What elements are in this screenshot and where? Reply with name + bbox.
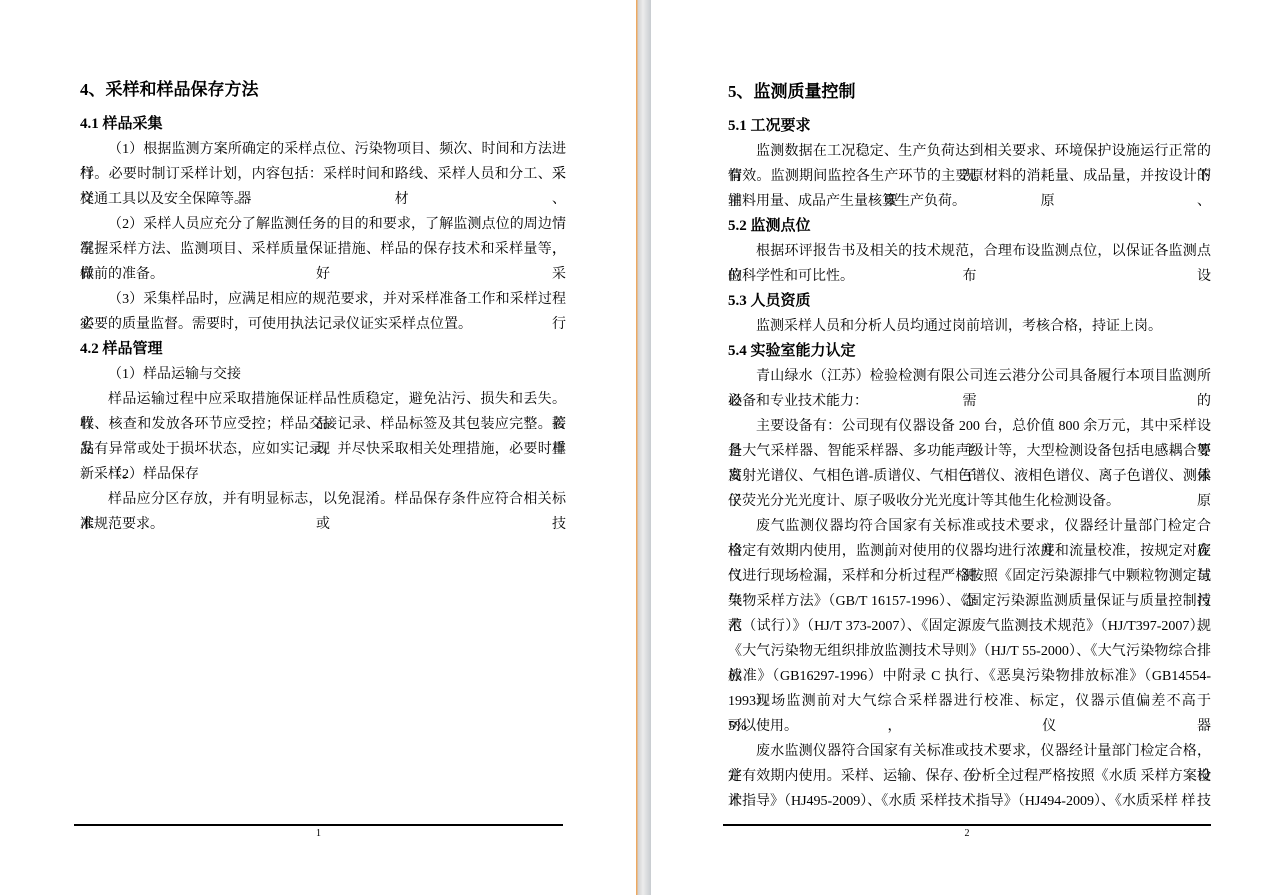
text-line: 根据环评报告书及相关的技术规范，合理布设监测点位，以保证各监测点位布设	[728, 239, 1211, 264]
subsection-heading: 5.4 实验室能力认定	[728, 339, 1211, 364]
text-line: （1）样品运输与交接	[80, 362, 566, 387]
page-2-footer: 2	[723, 824, 1211, 841]
text-line: 仪进行现场检漏，采样和分析过程严格按照《固定污染源排气中颗粒物测定与气态污	[728, 564, 1211, 589]
text-line: （3）采集样品时，应满足相应的规范要求，并对采样准备工作和采样过程实行	[80, 287, 566, 312]
text-line: 有效。监测期间监控各生产环节的主要原材料的消耗量、成品量，并按设计的主要原、	[728, 164, 1211, 189]
page-1: 4、采样和样品保存方法4.1 样品采集（1）根据监测方案所确定的采样点位、污染物…	[0, 0, 636, 895]
page-1-content: 4、采样和样品保存方法4.1 样品采集（1）根据监测方案所确定的采样点位、污染物…	[80, 78, 566, 537]
text-line: 范（试行）》（HJ/T 373-2007）、《固定源废气监测技术规范》（HJ/T…	[728, 614, 1211, 639]
text-line: 主要设备有：公司现有仪器设备 200 台，总价值 800 余万元，其中采样设备主…	[728, 414, 1211, 439]
text-line: 《大气污染物无组织排放监测技术导则》（HJ/T 55-2000）、《大气污染物综…	[728, 639, 1211, 664]
page-number: 1	[74, 826, 563, 841]
text-line: 检定有效期内使用，监测前对使用的仪器均进行浓度和流量校准，按规定对废气测试	[728, 539, 1211, 564]
text-line: 废水监测仪器符合国家有关标准或技术要求，仪器经计量部门检定合格，并在检	[728, 739, 1211, 764]
section-heading: 4、采样和样品保存方法	[80, 78, 566, 112]
text-line: （2）样品保存	[80, 462, 566, 487]
text-line: 掌握采样方法、监测项目、采样质量保证措施、样品的保存技术和采样量等，做好采	[80, 237, 566, 262]
text-line: 青山绿水（江苏）检验检测有限公司连云港分公司具备履行本项目监测所必需的	[728, 364, 1211, 389]
text-line: 定有效期内使用。采样、运输、保存、分析全过程严格按照《水质 采样方案设计技	[728, 764, 1211, 789]
section-heading: 5、监测质量控制	[728, 80, 1211, 114]
text-line: 是大气采样器、智能采样器、多功能声级计等，大型检测设备包括电感耦合等离子体	[728, 439, 1211, 464]
page-2-content: 5、监测质量控制5.1 工况要求监测数据在工况稳定、生产负荷达到相关要求、环境保…	[728, 80, 1211, 814]
subsection-heading: 5.2 监测点位	[728, 214, 1211, 239]
text-line: （2）采样人员应充分了解监测任务的目的和要求，了解监测点位的周边情况，	[80, 212, 566, 237]
document-viewer: 4、采样和样品保存方法4.1 样品采集（1）根据监测方案所确定的采样点位、污染物…	[0, 0, 1286, 895]
page-1-footer: 1	[74, 824, 563, 841]
text-line: 发射光谱仪、气相色谱-质谱仪、气相色谱仪、液相色谱仪、离子色谱仪、测汞仪、原	[728, 464, 1211, 489]
text-line: 品有异常或处于损坏状态，应如实记录，并尽快采取相关处理措施，必要时重新采样。	[80, 437, 566, 462]
text-line: 术指导》（HJ495-2009）、《水质 采样技术指导》（HJ494-2009）…	[728, 789, 1211, 814]
text-line: 样品应分区存放，并有明显标志，以免混淆。样品保存条件应符合相关标准或技	[80, 487, 566, 512]
subsection-heading: 4.1 样品采集	[80, 112, 566, 137]
text-line: 样品运输过程中应采取措施保证样品性质稳定，避免沾污、损失和丢失。样品接	[80, 387, 566, 412]
text-line: 收、核查和发放各环节应受控；样品交接记录、样品标签及其包装应完整。若发现样	[80, 412, 566, 437]
text-line: （1）根据监测方案所确定的采样点位、污染物项目、频次、时间和方法进行采	[80, 137, 566, 162]
subsection-heading: 4.2 样品管理	[80, 337, 566, 362]
page-number: 2	[723, 826, 1211, 841]
text-line: 现场监测前对大气综合采样器进行校准、标定，仪器示值偏差不高于 5%，仪器	[728, 689, 1211, 714]
page-gap-divider	[636, 0, 651, 895]
subsection-heading: 5.3 人员资质	[728, 289, 1211, 314]
text-line: 染物采样方法》（GB/T 16157-1996）、《固定污染源监测质量保证与质量…	[728, 589, 1211, 614]
text-line: 监测数据在工况稳定、生产负荷达到相关要求、环境保护设施运行正常的情况下	[728, 139, 1211, 164]
text-line: 废气监测仪器均符合国家有关标准或技术要求，仪器经计量部门检定合格，并在	[728, 514, 1211, 539]
text-line: 监测采样人员和分析人员均通过岗前培训，考核合格，持证上岗。	[728, 314, 1211, 339]
text-line: 标准》（GB16297-1996）中附录 C 执行、《恶臭污染物排放标准》（GB…	[728, 664, 1211, 689]
text-line: 样。必要时制订采样计划，内容包括：采样时间和路线、采样人员和分工、采样器材、	[80, 162, 566, 187]
subsection-heading: 5.1 工况要求	[728, 114, 1211, 139]
page-2: 5、监测质量控制5.1 工况要求监测数据在工况稳定、生产负荷达到相关要求、环境保…	[651, 0, 1286, 895]
